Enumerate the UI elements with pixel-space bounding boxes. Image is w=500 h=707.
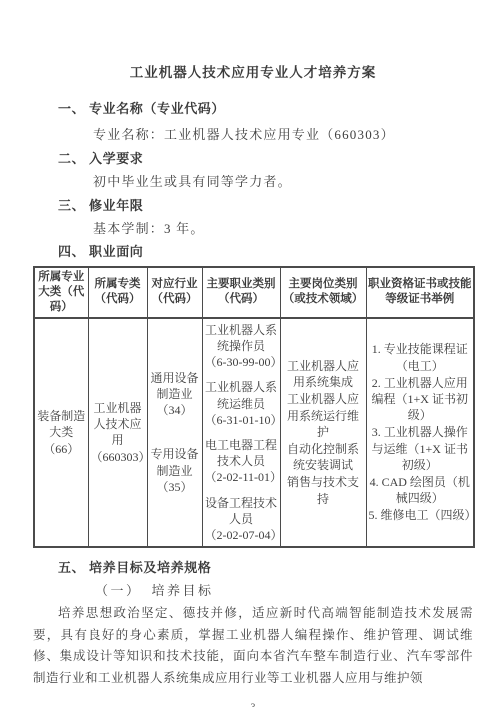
page-content: 工业机器人技术应用专业人才培养方案 一、 专业名称（专业代码） 专业名称：工业机…: [0, 0, 500, 707]
position-item: 工业机器人应用系统运行维护: [283, 391, 364, 440]
section-1-number: 一、: [58, 100, 89, 117]
subsection-title: 培养目标: [152, 582, 214, 599]
position-item: 销售与技术支持: [283, 474, 364, 506]
subsection-number: （一）: [95, 582, 142, 599]
table-body-row: 装备制造大类（66） 工业机器人技术应用（660303） 通用设备制造业（34）…: [34, 318, 474, 547]
occupation-code: （6-30-99-00）: [205, 354, 278, 370]
occupation-code: （2-02-07-04）: [205, 527, 278, 543]
section-1-heading: 一、 专业名称（专业代码）: [58, 100, 473, 117]
industry-item: 通用设备制造业（34）: [150, 370, 200, 419]
section-3-title: 修业年限: [89, 197, 143, 214]
col-header-industry: 对应行业（代码）: [147, 267, 202, 318]
occupation-name: 设备工程技术人员: [205, 495, 278, 527]
document-title: 工业机器人技术应用专业人才培养方案: [33, 64, 473, 82]
position-item: 工业机器人应用系统集成: [283, 358, 364, 390]
col-header-occupation: 主要职业类别（代码）: [202, 267, 280, 318]
certificate-item: 2. 工业机器人应用编程（1+X 证书初级）: [369, 375, 472, 424]
section-2-heading: 二、 入学要求: [58, 150, 473, 167]
industry-item: 专用设备制造业（35）: [150, 446, 200, 495]
cell-positions: 工业机器人应用系统集成 工业机器人应用系统运行维护 自动化控制系统安装调试 销售…: [280, 318, 366, 547]
cell-certificates: 1. 专业技能课程证（电工） 2. 工业机器人应用编程（1+X 证书初级） 3.…: [366, 318, 474, 547]
occupation-item: 工业机器人系统运维员 （6-31-01-10）: [205, 379, 278, 428]
section-5-title: 培养目标及培养规格: [89, 559, 211, 576]
occupation-code: （6-31-01-10）: [205, 412, 278, 428]
col-header-certificate: 职业资格证书或技能等级证书举例: [366, 267, 474, 318]
occupation-item: 设备工程技术人员 （2-02-07-04）: [205, 495, 278, 544]
section-2-body: 初中毕业生或具有同等学力者。: [93, 173, 473, 190]
subsection-heading: （一） 培养目标: [95, 582, 473, 599]
cell-occupations: 工业机器人系统操作员 （6-30-99-00） 工业机器人系统运维员 （6-31…: [202, 318, 280, 547]
section-4-heading: 四、 职业面向: [58, 243, 473, 260]
certificate-item: 4. CAD 绘图员（机械四级）: [369, 474, 472, 506]
occupation-name: 电工电器工程技术人员: [205, 437, 278, 469]
col-header-position: 主要岗位类别（或技术领域）: [280, 267, 366, 318]
certificate-item: 1. 专业技能课程证（电工）: [369, 341, 472, 373]
certificate-item: 3. 工业机器人操作与运维（1+X 证书初级）: [369, 424, 472, 473]
occupation-item: 电工电器工程技术人员 （2-02-11-01）: [205, 437, 278, 486]
section-3-heading: 三、 修业年限: [58, 197, 473, 214]
training-goal-paragraph: 培养思想政治坚定、德技并修，适应新时代高端智能制造技术发展需要，具有良好的身心素…: [33, 603, 473, 689]
col-header-major: 所属专类（代码）: [88, 267, 147, 318]
certificate-item: 5. 维修电工（四级）: [369, 507, 472, 523]
section-3-number: 三、: [58, 197, 89, 214]
section-4-title: 职业面向: [89, 243, 143, 260]
occupation-code: （2-02-11-01）: [205, 469, 278, 485]
section-5-number: 五、: [58, 559, 89, 576]
cell-industries: 通用设备制造业（34） 专用设备制造业（35）: [147, 318, 202, 547]
document-page: 工业机器人技术应用专业人才培养方案 一、 专业名称（专业代码） 专业名称：工业机…: [0, 0, 500, 707]
section-1-title: 专业名称（专业代码）: [89, 100, 225, 117]
section-2-number: 二、: [58, 150, 89, 167]
page-number: 3: [33, 703, 473, 707]
section-2-title: 入学要求: [89, 150, 143, 167]
table-header-row: 所属专业大类（代码） 所属专类（代码） 对应行业（代码） 主要职业类别（代码） …: [34, 267, 474, 318]
career-orientation-table: 所属专业大类（代码） 所属专类（代码） 对应行业（代码） 主要职业类别（代码） …: [33, 266, 475, 548]
occupation-item: 工业机器人系统操作员 （6-30-99-00）: [205, 322, 278, 371]
section-5-heading: 五、 培养目标及培养规格: [58, 559, 473, 576]
section-3-body: 基本学制：3 年。: [93, 220, 473, 237]
occupation-name: 工业机器人系统操作员: [205, 322, 278, 354]
cell-major: 工业机器人技术应用（660303）: [88, 318, 147, 547]
section-4-number: 四、: [58, 243, 89, 260]
cell-major-category: 装备制造大类（66）: [34, 318, 88, 547]
section-1-body: 专业名称：工业机器人技术应用专业（660303）: [93, 126, 473, 143]
col-header-major-category: 所属专业大类（代码）: [34, 267, 88, 318]
position-item: 自动化控制系统安装调试: [283, 441, 364, 473]
occupation-name: 工业机器人系统运维员: [205, 379, 278, 411]
